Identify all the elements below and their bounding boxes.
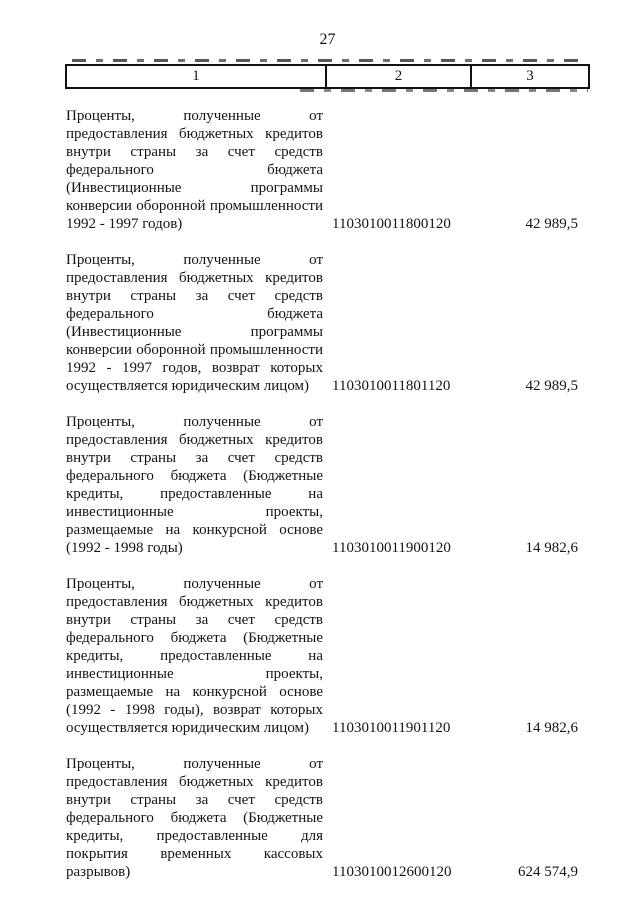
column-header-3: 3 (472, 66, 588, 87)
budget-table: 1 2 3 Проценты, полученные от предоставл… (65, 64, 590, 881)
column-header-1: 1 (67, 66, 327, 87)
table-row: Проценты, полученные от предоставления б… (65, 755, 590, 881)
row-code: 1103010011900120 (325, 539, 470, 557)
scan-artifact-top (72, 59, 588, 62)
row-code: 1103010011801120 (325, 377, 470, 395)
table-row: Проценты, полученные от предоставления б… (65, 413, 590, 557)
document-page: 27 1 2 3 Проценты, полученные от предост… (0, 0, 640, 905)
row-code: 1103010011800120 (325, 215, 470, 233)
row-name: Проценты, полученные от предоставления б… (65, 755, 325, 881)
row-amount: 14 982,6 (470, 719, 590, 737)
row-name: Проценты, полученные от предоставления б… (65, 251, 325, 395)
row-amount: 42 989,5 (470, 215, 590, 233)
row-code: 1103010012600120 (325, 863, 470, 881)
row-name: Проценты, полученные от предоставления б… (65, 413, 325, 557)
column-header-2: 2 (327, 66, 472, 87)
row-amount: 14 982,6 (470, 539, 590, 557)
table-row: Проценты, полученные от предоставления б… (65, 107, 590, 233)
table-header-row: 1 2 3 (65, 64, 590, 89)
table-row: Проценты, полученные от предоставления б… (65, 251, 590, 395)
page-number: 27 (65, 31, 590, 49)
row-amount: 624 574,9 (470, 863, 590, 881)
row-amount: 42 989,5 (470, 377, 590, 395)
row-code: 1103010011901120 (325, 719, 470, 737)
row-name: Проценты, полученные от предоставления б… (65, 107, 325, 233)
table-row: Проценты, полученные от предоставления б… (65, 575, 590, 737)
row-name: Проценты, полученные от предоставления б… (65, 575, 325, 737)
